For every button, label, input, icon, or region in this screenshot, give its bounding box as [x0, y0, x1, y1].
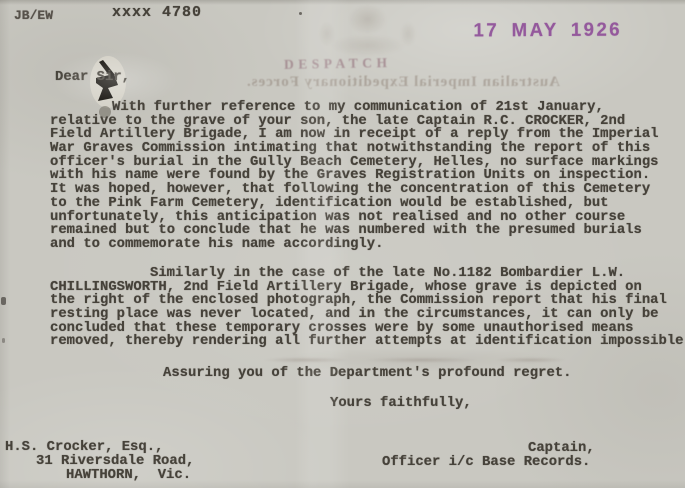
file-number: xxxx 4780 — [112, 6, 202, 20]
paragraph-2: Similarly in the case of the late No.118… — [50, 267, 684, 349]
paragraph-1: With further reference to my communicati… — [50, 101, 659, 252]
signature-title: Officer i/c Base Records. — [382, 456, 590, 470]
valediction: Yours faithfully, — [330, 397, 472, 411]
date-stamp: 17 MAY 1926 — [473, 20, 622, 43]
bleed-through-text: Australian Imperial Expeditionary Forces… — [148, 74, 560, 91]
edge-mark — [2, 338, 5, 343]
letter-scan-page: DESPATCH Australian Imperial Expeditiona… — [0, 0, 685, 488]
despatch-stamp: DESPATCH — [284, 55, 392, 73]
reference-initials: JB/EW — [14, 9, 53, 23]
paragraph-line: and to commemorate his name accordingly. — [50, 238, 659, 252]
regret-line: Assuring you of the Department's profoun… — [163, 367, 571, 381]
salutation: Dear Sir, — [55, 71, 130, 85]
ink-speck — [299, 12, 302, 15]
bleed-through-smudge — [240, 355, 570, 365]
recipient-city: HAWTHORN, Vic. — [66, 469, 191, 483]
paragraph-line: removed, thereby rendering all further a… — [50, 335, 684, 349]
edge-mark — [1, 297, 6, 305]
crest-watermark — [295, 2, 440, 60]
